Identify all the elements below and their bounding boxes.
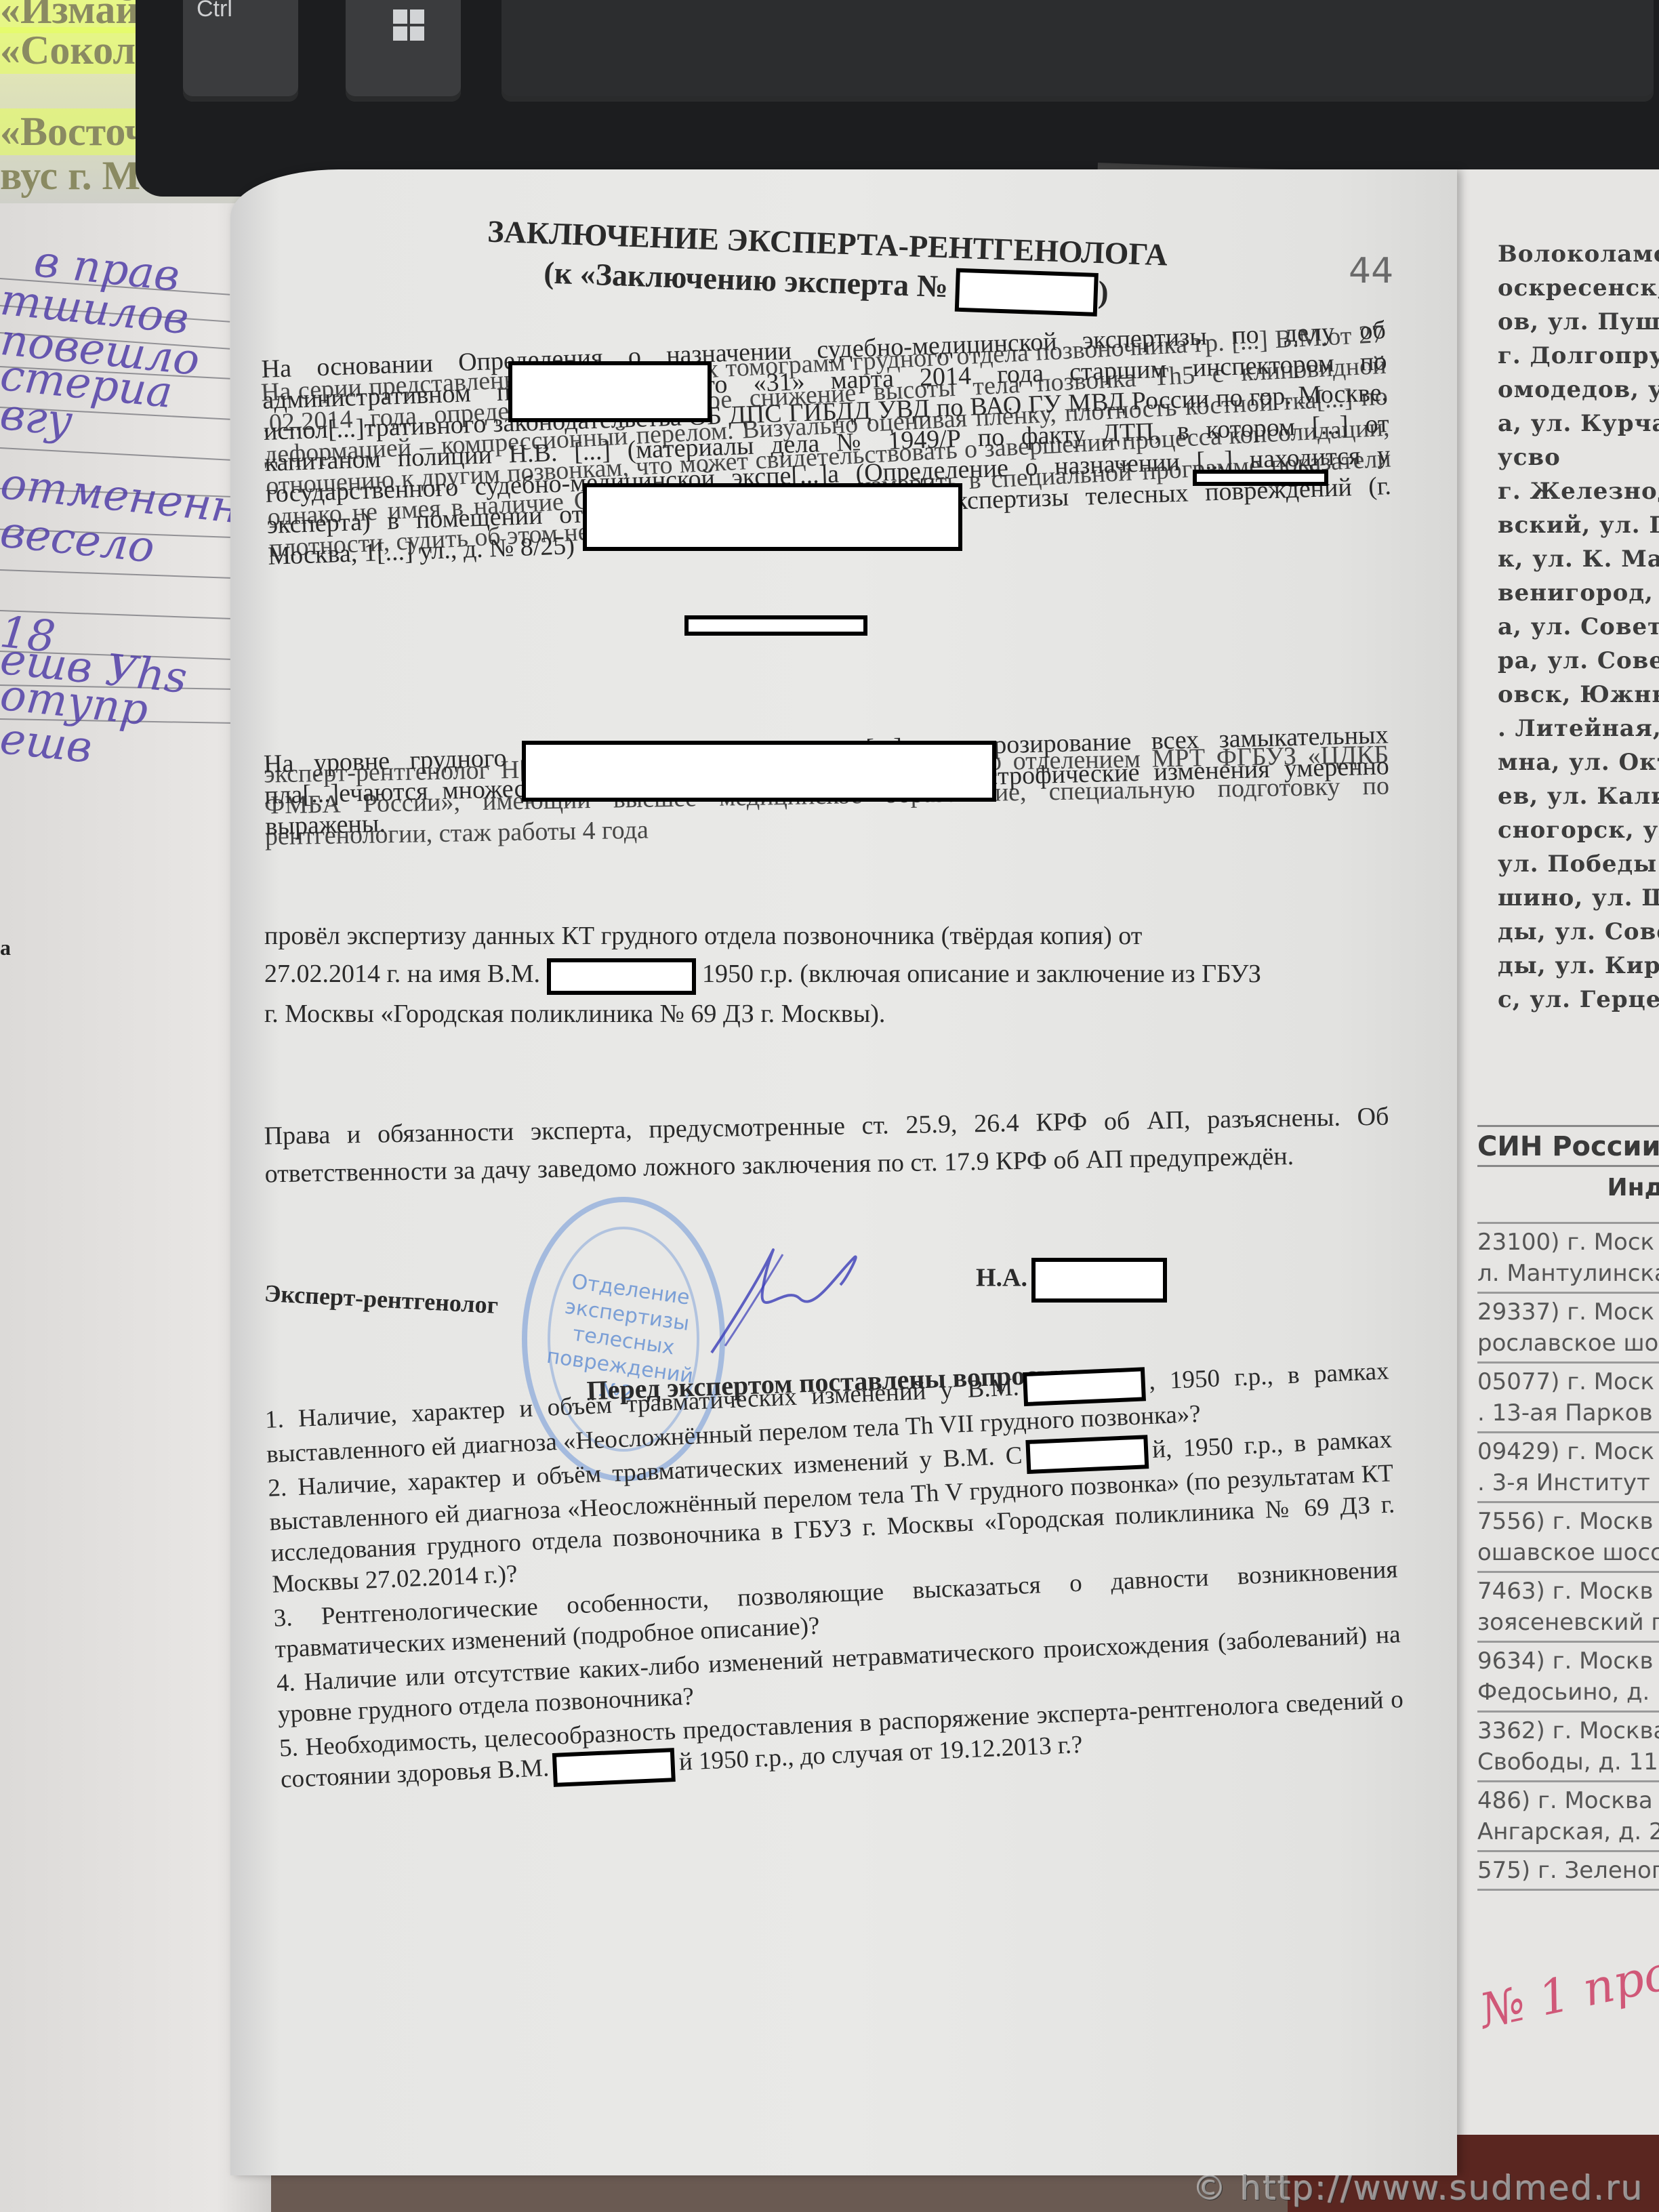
expertise-line-1: провёл экспертизу данных КТ грудного отд…	[264, 917, 1389, 955]
address-line: г. Железнодо	[1498, 474, 1659, 508]
table-subheader: Инде	[1477, 1167, 1659, 1224]
table-cell: 29337) г. Моск	[1477, 1296, 1659, 1328]
institution-table: СИН России Инде 23100) г. Москл. Мантули…	[1477, 1125, 1659, 1891]
address-line: сногорск, ул.	[1498, 813, 1659, 847]
address-line: омодедов, ул	[1498, 373, 1659, 407]
table-row: 486) г. МоскваАнгарская, д. 2	[1477, 1782, 1659, 1852]
question-number: 1.	[264, 1405, 299, 1434]
question-number: 5.	[279, 1734, 306, 1763]
expertise-line-2: 27.02.2014 г. на имя В.М. 1950 г.р. (вкл…	[264, 955, 1389, 994]
redaction-box	[684, 615, 867, 636]
table-row: 23100) г. Москл. Мантулинска	[1477, 1224, 1659, 1294]
windows-logo-icon	[393, 9, 426, 42]
expertise-line-2-suffix: 1950 г.р. (включая описание и заключение…	[702, 960, 1261, 988]
address-line: г. Долгопру	[1498, 339, 1659, 373]
rights-paragraph: Права и обязанности эксперта, предусмотр…	[264, 1097, 1390, 1193]
expertise-line-3: г. Москвы «Городская поликлиника № 69 ДЗ…	[264, 995, 1389, 1033]
sheet-line: вус г. М	[0, 152, 140, 199]
table-cell: 7463) г. Москв	[1477, 1576, 1659, 1607]
notebook-bold-fragment: а	[0, 935, 11, 960]
document-title: ЗАКЛЮЧЕНИЕ ЭКСПЕРТА-РЕНТГЕНОЛОГА (к «Зак…	[263, 204, 1390, 327]
address-line: венигород, Р	[1498, 576, 1659, 610]
address-line: вский, ул. Г	[1498, 508, 1659, 542]
address-line: к, ул. К. Мар	[1498, 542, 1659, 576]
table-row: 7556) г. Москвошавское шосс	[1477, 1503, 1659, 1573]
table-row: 7463) г. Москвзоясеневский п	[1477, 1573, 1659, 1643]
question-number: 4.	[276, 1668, 305, 1698]
address-line: ды, ул. Киров	[1498, 949, 1659, 983]
address-list: Волоколамсоскресенск,ов, ул. Пушг. Долго…	[1498, 237, 1659, 1017]
redaction-box	[1193, 470, 1328, 486]
table-cell: 7556) г. Москв	[1477, 1506, 1659, 1537]
redaction-box	[552, 1747, 676, 1786]
signature-block: Отделениеэкспертизытелесныхповреждений№2…	[264, 1224, 1389, 1359]
address-line: ул. Победы д	[1498, 847, 1659, 881]
ctrl-key-label: Ctrl	[197, 0, 232, 22]
signature-initials: Н.А.	[976, 1263, 1027, 1292]
table-cell: зоясеневский п	[1477, 1607, 1659, 1638]
watermark: © http://www.sudmed.ru	[1193, 2169, 1644, 2208]
table-cell: ошавское шосс	[1477, 1537, 1659, 1568]
table-row: 05077) г. Моск. 13-ая Парков	[1477, 1364, 1659, 1433]
windows-key	[346, 0, 461, 102]
table-row: 3362) г. МоскваСвободы, д. 11	[1477, 1713, 1659, 1782]
address-line: ды, ул. Совет	[1498, 915, 1659, 949]
address-line: а, ул. Курчат	[1498, 407, 1659, 441]
handwriting-line: ешв	[0, 714, 94, 773]
question-number: 3.	[273, 1602, 322, 1632]
address-line: овск, Южны	[1498, 678, 1659, 712]
table-cell: Ангарская, д. 2	[1477, 1816, 1659, 1847]
table-cell: 3362) г. Москва	[1477, 1715, 1659, 1746]
address-line: ов, ул. Пуш	[1498, 305, 1659, 339]
address-line: ев, ул. Калин	[1498, 779, 1659, 813]
redaction-box	[1031, 1258, 1167, 1303]
question-number: 2.	[267, 1473, 298, 1502]
redaction-box	[583, 483, 962, 551]
table-cell: . 3-я Институт	[1477, 1467, 1659, 1498]
table-cell: 9634) г. Москв	[1477, 1645, 1659, 1677]
table-cell: . 13-ая Парков	[1477, 1397, 1659, 1429]
table-cell: Свободы, д. 11	[1477, 1746, 1659, 1778]
table-row: 29337) г. Москрославское шо	[1477, 1294, 1659, 1364]
table-cell: 05077) г. Моск	[1477, 1366, 1659, 1397]
overlapped-print-block-1: На основании Определения о назначении су…	[264, 334, 1389, 714]
address-line: Волоколамс	[1498, 237, 1659, 271]
table-cell: 09429) г. Моск	[1477, 1436, 1659, 1467]
address-line: ра, ул. Совет	[1498, 644, 1659, 678]
address-line: с, ул. Герцена	[1498, 983, 1659, 1017]
redaction-box	[547, 958, 696, 995]
redaction-box	[1025, 1435, 1149, 1474]
right-paper-stack: Волоколамсоскресенск,ов, ул. Пушг. Долго…	[1450, 169, 1659, 2135]
space-bar	[501, 0, 1654, 102]
address-line: оскресенск,	[1498, 271, 1659, 305]
table-row: 575) г. Зеленог	[1477, 1852, 1659, 1891]
address-line: . Литейная,	[1498, 712, 1659, 745]
table-header: СИН России	[1477, 1125, 1659, 1167]
table-cell: Федосьино, д.	[1477, 1677, 1659, 1708]
questions-list: 1. Наличие, характер и объём травматичес…	[264, 1355, 1406, 1798]
redaction-box	[522, 741, 996, 802]
address-line: усво	[1498, 441, 1659, 474]
redaction-box	[508, 361, 712, 422]
overlapped-print-block-2: На уровне грудного отдела позвоночника о…	[264, 734, 1389, 869]
ctrl-key: Ctrl	[183, 0, 298, 102]
redaction-box	[955, 268, 1099, 316]
expertise-paragraph: провёл экспертизу данных КТ грудного отд…	[264, 917, 1389, 1032]
table-cell: 575) г. Зеленог	[1477, 1855, 1659, 1886]
document-body: ЗАКЛЮЧЕНИЕ ЭКСПЕРТА-РЕНТГЕНОЛОГА (к «Зак…	[264, 224, 1389, 1801]
table-row: 9634) г. МосквФедосьино, д.	[1477, 1643, 1659, 1713]
table-cell: рославское шо	[1477, 1328, 1659, 1359]
document-page: 44 ЗАКЛЮЧЕНИЕ ЭКСПЕРТА-РЕНТГЕНОЛОГА (к «…	[230, 169, 1457, 2175]
signature-icon	[698, 1237, 874, 1359]
table-row: 09429) г. Моск. 3-я Институт	[1477, 1433, 1659, 1503]
address-line: а, ул. Советс	[1498, 610, 1659, 644]
signature-role: Эксперт-рентгенолог	[264, 1279, 499, 1319]
keyboard: Ctrl	[136, 0, 1659, 197]
table-cell: л. Мантулинска	[1477, 1258, 1659, 1289]
address-line: мна, ул. Окт	[1498, 745, 1659, 779]
signature-name: Н.А.	[976, 1258, 1167, 1303]
handwriting-line: вгу	[0, 390, 75, 447]
expertise-line-2-prefix: 27.02.2014 г. на имя В.М.	[264, 960, 540, 988]
title-line-2-suffix: )	[1097, 274, 1109, 310]
table-cell: 486) г. Москва	[1477, 1785, 1659, 1816]
table-cell: 23100) г. Моск	[1477, 1227, 1659, 1258]
redaction-box	[1023, 1367, 1146, 1406]
address-line: шино, ул. Шк	[1498, 881, 1659, 915]
